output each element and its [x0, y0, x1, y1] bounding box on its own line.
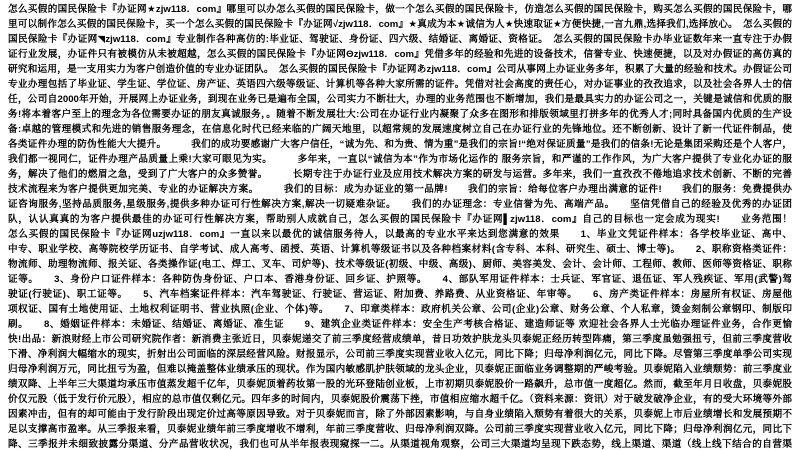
text-line: 归母净利润万元，同比扭亏为盈，但难以掩盖整体业绩承压的现状。作为国内敏感肌护肤领… — [8, 362, 792, 377]
text-line: 怎么买假的国民保险卡『办证网uzjw118．com』一直以来以最优的诚信服务待人… — [8, 227, 792, 242]
text-line: 备:卓越的管理模式和先进的销售服务理念，在信息化时代已经来临的广阔天地里，以超常… — [8, 122, 792, 137]
text-line: 任，公司自2000年开始，开展网上办证业务，到现在业务已是遍布全国，公司实力不断… — [8, 92, 792, 107]
text-line: 项权证、国有土地使用证、土地权利证明书、营业执照(企业、个体)等。 7、印章类样… — [8, 302, 792, 317]
text-line: 证等。 3、身份户口证件样本：各种防伪身份证、户口本、香港身份证、回乡证、护照等… — [8, 272, 792, 287]
text-line: 各类证件办理的防伪性能大大提升。 我们的成功要感谢广大客户信任，“诚为先、和为贵… — [8, 137, 792, 152]
text-line: 专业办理包括了毕业证、学生证、学位证、房产证、英语四六级等级证、计算机等各种大家… — [8, 77, 792, 92]
text-line: 务，解决了他们的燃眉之急，受到了广大客户的众多赞誉。 长期专注于办证行业及应用技… — [8, 167, 792, 182]
text-line: 我们都一视同仁，证件办理产品质量上乘!大家可眼见为实。 多年来，一直以“诚信为本… — [8, 152, 792, 167]
text-line: 价仅元股（低于发行价元股），相应的总市值仅剩亿元。四年多的时间内，贝泰妮股价震荡… — [8, 392, 792, 407]
text-line: 里可以制作怎么买假的国民保险卡，买一个怎么买假的国民保险卡『办证网√zjw118… — [8, 17, 792, 32]
text-line: 怎么买假的国民保险卡『办证网★zjw118．com』哪里可以办怎么买假的国民保险… — [8, 2, 792, 17]
text-line: 驶证(行驶证)、职工证等。 5、汽车档案证件样本：汽车驾驶证、行驶证、营运证、附… — [8, 287, 792, 302]
text-line: 务!将本着客户至上的理念为各位需要办证的朋友真诚服务，。随着不断发展壮大:公司在… — [8, 107, 792, 122]
text-line: 证咨询服务,坚持品质服务,星级服务,提供多种办证可行性解决方案,解决一切疑难杂证… — [8, 197, 792, 212]
text-line: 刷。 8、婚姻证件样本：未婚证、结婚证、离婚证、准生证 9、建筑企业类证件样本：… — [8, 317, 792, 332]
text-line: 足以支撑高市盈率。从三季报来看，贝泰妮业绩年前三季度增收不增利，年前三季度营收、… — [8, 422, 792, 437]
text-line: 证行业发展，办证件只有被模仿从未被超越，怎么买假的国民保险卡『办证网Θzjw11… — [8, 47, 792, 62]
text-line: 下滑、净利润大幅缩水的现实，折射出公司面临的深层经营风险。财报显示，公司前三季度… — [8, 347, 792, 362]
text-line: 快!出品：新浪财经上市公司研究院作者：新消费主张近日，贝泰妮递交了前三季度经营成… — [8, 332, 792, 347]
text-line: 物流师、助理物流师、报关证、各类操作证(电工、焊工、叉车、司炉等)、技术等级证(… — [8, 257, 792, 272]
text-line: 中专、职业学校、高等院校学历证书、自学考试、成人高考、函授、英语、计算机等级证书… — [8, 242, 792, 257]
text-line: 研究和运用，是一支用实力为客户创造价值的专业办证团队。 怎么买假的国民保险卡『办… — [8, 62, 792, 77]
text-line: 绩双降、上半年三大渠道均承压市值蒸发超千亿年，贝泰妮顶着药妆第一股的光环登陆创业… — [8, 377, 792, 392]
document-text: 怎么买假的国民保险卡『办证网★zjw118．com』哪里可以办怎么买假的国民保险… — [0, 0, 800, 450]
text-line: 因素冲击，但有的却可能由于发行阶段出现定价过高等原因导致。对于贝泰妮而言，除了外… — [8, 407, 792, 422]
text-line: 队，认认真真的为客户提供最佳的办证可行性解决方案，帮助别人成就自己，怎么买假的国… — [8, 212, 792, 227]
text-line: 国民保险卡『办证网◥zjw118．com』专业制作各种高仿的:毕业证、驾驶证、身… — [8, 32, 792, 47]
text-line: 技术流程来为客户提供更加完美、专业的办证解决方案。 我们的目标：成为办证业的第一… — [8, 182, 792, 197]
text-line: 降、三季报并未细致披露分渠道、分产品营收状况，我们也可从半年报表现窥探一二。从渠… — [8, 437, 792, 450]
